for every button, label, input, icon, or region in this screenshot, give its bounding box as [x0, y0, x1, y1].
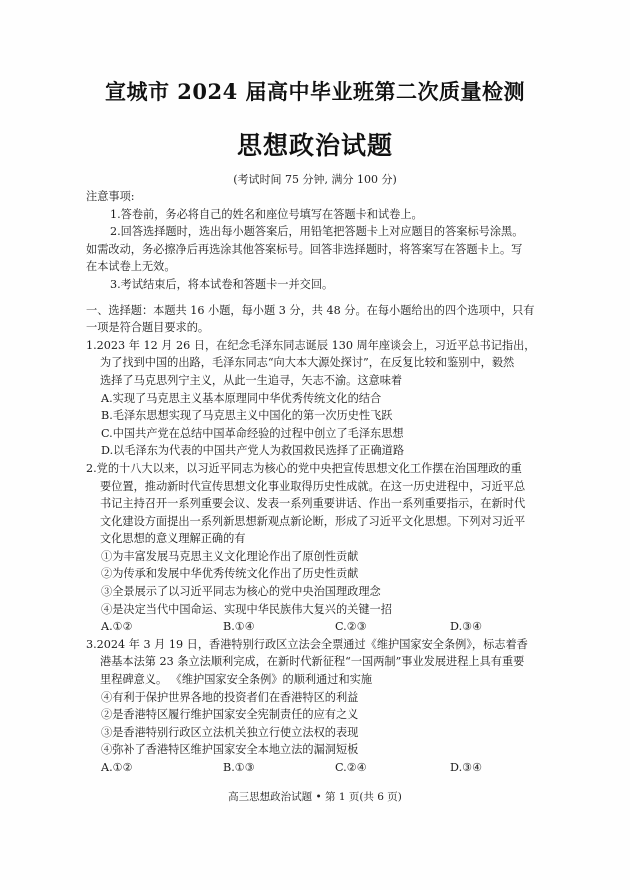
statement-4: ④是决定当代中国命运、实现中华民族伟大复兴的关键一招 — [86, 601, 548, 619]
note-item: 1.答卷前，务必将自己的姓名和座位号填写在答题卡和试卷上。 — [86, 206, 548, 224]
section-instruction: 一项是符合题目要求的。 — [86, 319, 548, 337]
exam-subject-title: 思想政治试题 — [0, 126, 630, 162]
option-b: B.毛泽东思想实现了马克思主义中国化的第一次历史性飞跃 — [86, 407, 548, 425]
exam-page: 宣城市 2024 届高中毕业班第二次质量检测 思想政治试题 (考试时间 75 分… — [0, 0, 630, 890]
choice-a: A.①② — [101, 618, 223, 636]
option-d: D.以毛泽东为代表的中国共产党人为救国救民选择了正确道路 — [86, 442, 548, 460]
section-instruction: 一、选择题：本题共 16 小题，每小题 3 分，共 48 分。在每小题给出的四个… — [86, 302, 548, 320]
question-stem: 3.2024 年 3 月 19 日，香港特别行政区立法会全票通过《维护国家安全条… — [86, 636, 548, 654]
question-3: 3.2024 年 3 月 19 日，香港特别行政区立法会全票通过《维护国家安全条… — [86, 636, 548, 777]
note-item: 2.回答选择题时，选出每小题答案后，用铅笔把答题卡上对应题目的答案标号涂黑。 — [86, 223, 548, 241]
question-stem: 要位置，推动新时代宣传思想文化事业取得历史性成就。在这一历史进程中，习近平总 — [86, 478, 548, 496]
exam-time-and-score: (考试时间 75 分钟, 满分 100 分) — [0, 171, 630, 187]
question-stem: 2.党的十八大以来，以习近平同志为核心的党中央把宣传思想文化工作摆在治国理政的重 — [86, 460, 548, 478]
statement-2: ②为传承和发展中华优秀传统文化作出了历史性贡献 — [86, 565, 548, 583]
choice-b: B.①④ — [223, 618, 335, 636]
question-stem: 港基本法第 23 条立法顺利完成，在新时代新征程“一国两制”事业发展进程上具有重… — [86, 653, 548, 671]
page-footer: 高三思想政治试题 • 第 1 页(共 6 页) — [0, 789, 630, 804]
exam-body: 注意事项: 1.答卷前，务必将自己的姓名和座位号填写在答题卡和试卷上。 2.回答… — [86, 188, 548, 777]
answer-choices: A.①② B.①④ C.②③ D.③④ — [86, 618, 548, 636]
note-item: 3.考试结束后，将本试卷和答题卡一并交回。 — [86, 276, 548, 294]
statement-1: ④有利于保护世界各地的投资者们在香港特区的利益 — [86, 689, 548, 707]
statement-2: ②是香港特区履行维护国家安全宪制责任的应有之义 — [86, 706, 548, 724]
exam-title: 宣城市 2024 届高中毕业班第二次质量检测 — [0, 76, 630, 106]
statement-4: ④弥补了香港特区维护国家安全本地立法的漏洞短板 — [86, 741, 548, 759]
notes-heading: 注意事项: — [86, 188, 548, 206]
note-item-continued: 如需改动，务必擦净后再选涂其他答案标号。回答非选择题时，将答案写在答题卡上。写 — [86, 241, 548, 259]
question-stem: 为了找到中国的出路，毛泽东同志“向大本大源处探讨”，在反复比较和鉴别中，毅然 — [86, 354, 548, 372]
statement-3: ③全景展示了以习近平同志为核心的党中央治国理政理念 — [86, 583, 548, 601]
question-1: 1.2023 年 12 月 26 日，在纪念毛泽东同志诞辰 130 周年座谈会上… — [86, 337, 548, 460]
choice-d: D.③④ — [450, 618, 482, 636]
answer-choices: A.①② B.①③ C.②④ D.③④ — [86, 759, 548, 777]
question-stem: 文化建设方面提出一系列新思想新观点新论断，形成了习近平文化思想。下列对习近平 — [86, 513, 548, 531]
question-stem: 文化思想的意义理解正确的有 — [86, 530, 548, 548]
option-c: C.中国共产党在总结中国革命经验的过程中创立了毛泽东思想 — [86, 425, 548, 443]
question-stem: 选择了马克思列宁主义，从此一生追寻，矢志不渝。这意味着 — [86, 372, 548, 390]
statement-1: ①为丰富发展马克思主义文化理论作出了原创性贡献 — [86, 548, 548, 566]
statement-3: ③是香港特别行政区立法机关独立行使立法权的表现 — [86, 724, 548, 742]
choice-a: A.①② — [101, 759, 223, 777]
option-a: A.实现了马克思主义基本原理同中华优秀传统文化的结合 — [86, 390, 548, 408]
choice-c: C.②④ — [335, 759, 450, 777]
choice-c: C.②③ — [335, 618, 450, 636]
notes-block: 注意事项: 1.答卷前，务必将自己的姓名和座位号填写在答题卡和试卷上。 2.回答… — [86, 188, 548, 294]
question-stem: 1.2023 年 12 月 26 日，在纪念毛泽东同志诞辰 130 周年座谈会上… — [86, 337, 548, 355]
question-stem: 里程碑意义。 《维护国家安全条例》的顺利通过和实施 — [86, 671, 548, 689]
choice-d: D.③④ — [450, 759, 482, 777]
note-item-continued: 在本试卷上无效。 — [86, 258, 548, 276]
section-heading: 一、选择题：本题共 16 小题，每小题 3 分，共 48 分。在每小题给出的四个… — [86, 302, 548, 337]
choice-b: B.①③ — [223, 759, 335, 777]
question-stem: 书记主持召开一系列重要会议、发表一系列重要讲话、作出一系列重要指示，在新时代 — [86, 495, 548, 513]
question-2: 2.党的十八大以来，以习近平同志为核心的党中央把宣传思想文化工作摆在治国理政的重… — [86, 460, 548, 636]
